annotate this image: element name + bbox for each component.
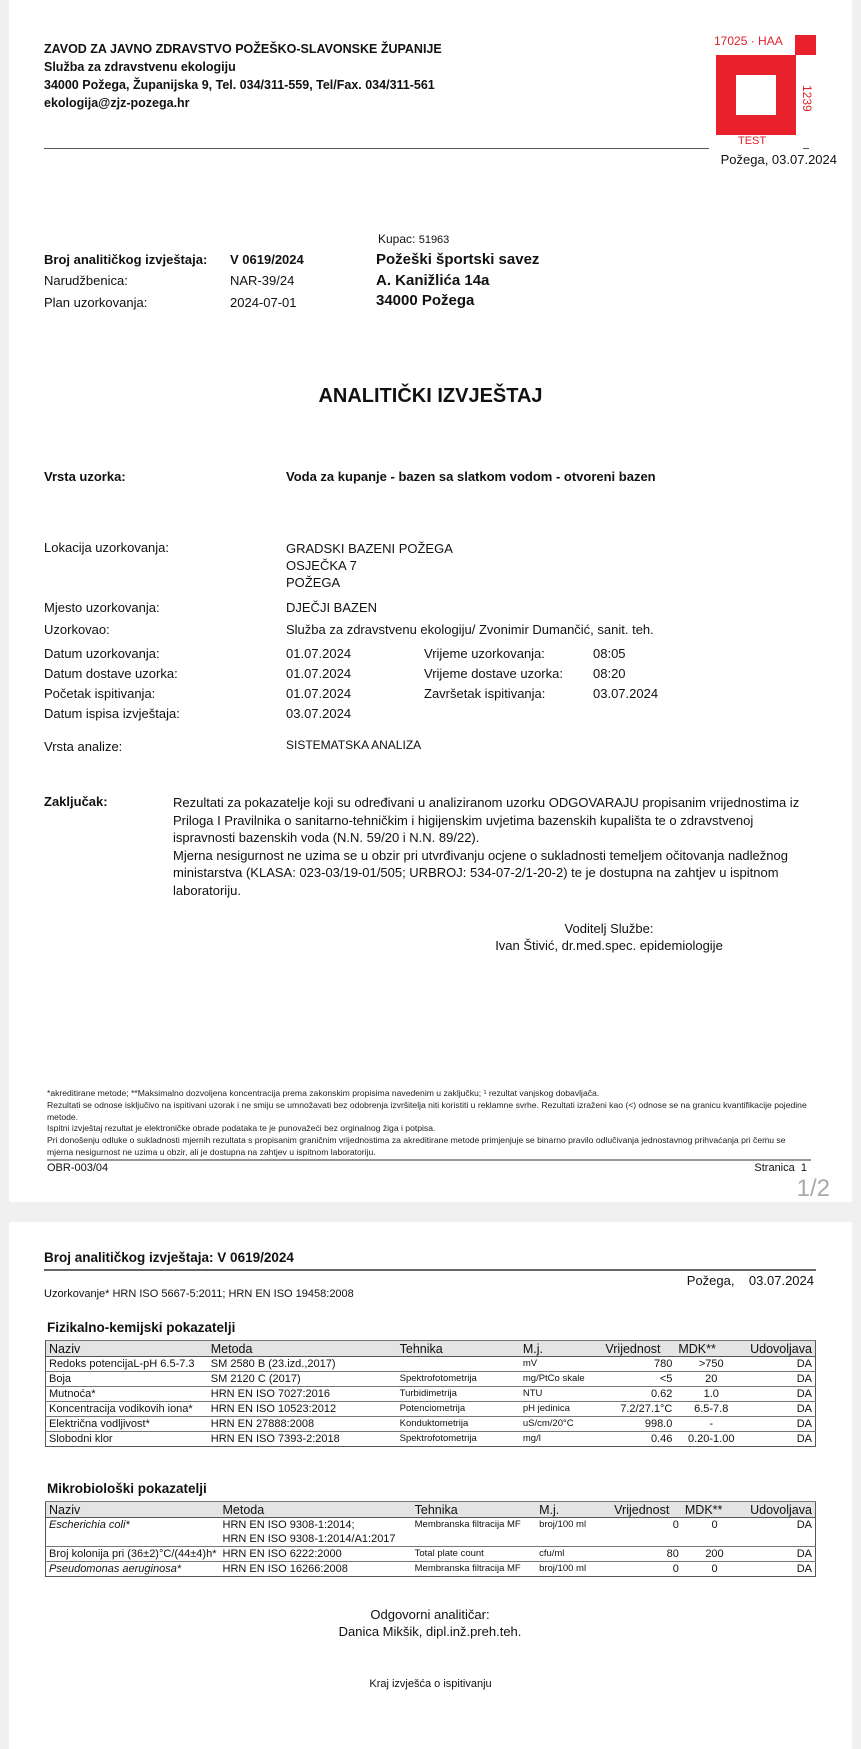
- cell-compliant: DA: [747, 1417, 815, 1432]
- cell-unit: pH jedinica: [520, 1402, 603, 1417]
- page2-place-date: Požega, 03.07.2024: [687, 1273, 814, 1288]
- conclusion-paragraph-2: Mjerna nesigurnost ne uzima se u obzir p…: [173, 847, 813, 900]
- cell-method: HRN EN ISO 6222:2000: [220, 1547, 412, 1562]
- report-page-2: Broj analitičkog izvještaja: V 0619/2024…: [9, 1222, 852, 1749]
- cell-method: HRN EN ISO 16266:2008: [220, 1562, 412, 1577]
- cell-mdk: 20: [675, 1372, 747, 1387]
- customer-city: 34000 Požega: [376, 292, 474, 309]
- table-row: Redoks potencijaL-pH 6.5-7.3SM 2580 B (2…: [46, 1357, 816, 1372]
- org-department: Služba za zdravstvenu ekologiju: [44, 58, 442, 76]
- cell-compliant: DA: [747, 1562, 815, 1577]
- table-row: Električna vodljivost*HRN EN 27888:2008K…: [46, 1417, 816, 1432]
- cell-method: HRN EN ISO 9308-1:2014;: [220, 1518, 412, 1533]
- cell-method: HRN EN ISO 7027:2016: [208, 1387, 397, 1402]
- place-date: Požega, 03.07.2024: [721, 152, 837, 167]
- cell-unit: mV: [520, 1357, 603, 1372]
- cell-mdk: 1.0: [675, 1387, 747, 1402]
- viewer-page-indicator: 1/2: [797, 1175, 830, 1203]
- test-end-date: 03.07.2024: [593, 686, 658, 701]
- customer-street: A. Kanižlića 14a: [376, 272, 489, 289]
- cell-value: 0.46: [602, 1432, 675, 1447]
- cell-method: HRN EN ISO 9308-1:2014/A1:2017: [220, 1532, 412, 1547]
- sampling-plan-label: Plan uzorkovanja:: [44, 295, 147, 310]
- footnote: Ispitni izvještaj rezultat je elektronič…: [47, 1123, 807, 1135]
- cell-compliant: DA: [747, 1357, 815, 1372]
- footnote: Pri donošenju odluke o sukladnosti mjern…: [47, 1135, 807, 1159]
- sampling-time: 08:05: [593, 646, 626, 661]
- analysis-type: SISTEMATSKA ANALIZA: [286, 738, 421, 752]
- cell-value: 0: [611, 1518, 682, 1533]
- delivery-time: 08:20: [593, 666, 626, 681]
- cell-mdk: 6.5-7.8: [675, 1402, 747, 1417]
- sampling-plan: 2024-07-01: [230, 295, 297, 310]
- cell-method: HRN EN 27888:2008: [208, 1417, 397, 1432]
- sampling-place-label: Mjesto uzorkovanja:: [44, 600, 160, 615]
- cell-compliant: DA: [747, 1518, 815, 1533]
- table-row: Pseudomonas aeruginosa*HRN EN ISO 16266:…: [46, 1562, 816, 1577]
- sample-type: Voda za kupanje - bazen sa slatkom vodom…: [286, 469, 656, 484]
- signature-block-head: Voditelj Službe: Ivan Štivić, dr.med.spe…: [469, 920, 749, 954]
- table-row: Escherichia coli*HRN EN ISO 9308-1:2014;…: [46, 1518, 816, 1533]
- conclusion-text: Rezultati za pokazatelje koji su određiv…: [173, 794, 813, 899]
- analyst-role: Odgovorni analitičar:: [290, 1606, 570, 1623]
- logo-corner-square: [795, 35, 816, 55]
- print-date-label: Datum ispisa izvještaja:: [44, 706, 180, 721]
- cell-technique: Spektrofotometrija: [397, 1372, 520, 1387]
- micro-results-table: NazivMetodaTehnikaM.j.VrijednostMDK**Udo…: [45, 1501, 816, 1577]
- cell-technique: Potenciometrija: [397, 1402, 520, 1417]
- cell-value: <5: [602, 1372, 675, 1387]
- page2-header-divider: [44, 1269, 816, 1271]
- accreditation-logo-icon: 17025 · HAA 1239 TEST: [701, 30, 821, 150]
- delivery-date: 01.07.2024: [286, 666, 351, 681]
- cell-method: SM 2120 C (2017): [208, 1372, 397, 1387]
- logo-frame: [716, 55, 796, 135]
- table-row: Slobodni klorHRN EN ISO 7393-2:2018Spekt…: [46, 1432, 816, 1447]
- table-header-row: NazivMetodaTehnikaM.j.VrijednostMDK**Udo…: [46, 1502, 816, 1518]
- cell-technique: [397, 1357, 520, 1372]
- location-line-3: POŽEGA: [286, 575, 340, 590]
- table-row: Boja SM 2120 C (2017)Spektrofotometrijam…: [46, 1372, 816, 1387]
- cell-technique: Total plate count: [412, 1547, 536, 1562]
- cell-name: Escherichia coli*: [46, 1518, 220, 1533]
- logo-number: 1239: [800, 85, 814, 112]
- analyst-signature: Odgovorni analitičar: Danica Mikšik, dip…: [290, 1606, 570, 1640]
- signature-name: Ivan Štivić, dr.med.spec. epidemiologije: [469, 937, 749, 954]
- cell-value: 998.0: [602, 1417, 675, 1432]
- org-name: ZAVOD ZA JAVNO ZDRAVSTVO POŽEŠKO-SLAVONS…: [44, 40, 442, 58]
- cell-unit: cfu/ml: [536, 1547, 611, 1562]
- cell-mdk: 0.20-1.00: [675, 1432, 747, 1447]
- test-start-label: Početak ispitivanja:: [44, 686, 155, 701]
- cell-mdk: 200: [682, 1547, 747, 1562]
- cell-unit: uS/cm/20°C: [520, 1417, 603, 1432]
- cell-technique: Konduktometrija: [397, 1417, 520, 1432]
- table-row-continuation: HRN EN ISO 9308-1:2014/A1:2017: [46, 1532, 816, 1547]
- page-number: Stranica 1: [754, 1162, 807, 1174]
- conclusion-paragraph-1: Rezultati za pokazatelje koji su određiv…: [173, 794, 813, 847]
- cell-name: Slobodni klor: [46, 1432, 208, 1447]
- cell-unit: mg/PtCo skale: [520, 1372, 603, 1387]
- footnotes: *akreditirane metode; **Maksimalno dozvo…: [47, 1088, 807, 1159]
- footnote: *akreditirane metode; **Maksimalno dozvo…: [47, 1088, 807, 1100]
- footnote: Rezultati se odnose isključivo na ispiti…: [47, 1100, 807, 1124]
- cell-compliant: DA: [747, 1547, 815, 1562]
- logo-label: TEST: [738, 135, 766, 147]
- delivery-date-label: Datum dostave uzorka:: [44, 666, 178, 681]
- sampler: Služba za zdravstvenu ekologiju/ Zvonimi…: [286, 622, 654, 637]
- cell-method: HRN EN ISO 10523:2012: [208, 1402, 397, 1417]
- micro-section-title: Mikrobiološki pokazatelji: [47, 1481, 207, 1496]
- cell-name: Koncentracija vodikovih iona*: [46, 1402, 208, 1417]
- cell-name: Pseudomonas aeruginosa*: [46, 1562, 220, 1577]
- cell-unit: broj/100 ml: [536, 1562, 611, 1577]
- test-end-label: Završetak ispitivanja:: [424, 686, 545, 701]
- cell-technique: Turbidimetrija: [397, 1387, 520, 1402]
- table-row: Koncentracija vodikovih iona*HRN EN ISO …: [46, 1402, 816, 1417]
- cell-compliant: DA: [747, 1432, 815, 1447]
- cell-name: Boja: [46, 1372, 208, 1387]
- table-header-row: NazivMetodaTehnikaM.j.VrijednostMDK**Udo…: [46, 1341, 816, 1357]
- location-line-1: GRADSKI BAZENI POŽEGA: [286, 541, 453, 556]
- cell-technique: Membranska filtracija MF: [412, 1518, 536, 1533]
- customer-id: Kupac: 51963: [378, 232, 449, 246]
- sampling-date-label: Datum uzorkovanja:: [44, 646, 160, 661]
- cell-name: Električna vodljivost*: [46, 1417, 208, 1432]
- cell-method: HRN EN ISO 7393-2:2018: [208, 1432, 397, 1447]
- cell-value: 80: [611, 1547, 682, 1562]
- analysis-type-label: Vrsta analize:: [44, 739, 122, 754]
- signature-role: Voditelj Službe:: [469, 920, 749, 937]
- organization-header: ZAVOD ZA JAVNO ZDRAVSTVO POŽEŠKO-SLAVONS…: [44, 40, 442, 112]
- cell-value: 780: [602, 1357, 675, 1372]
- cell-compliant: DA: [747, 1402, 815, 1417]
- order-label: Narudžbenica:: [44, 273, 128, 288]
- document-title: ANALITIČKI IZVJEŠTAJ: [9, 385, 852, 408]
- test-start-date: 01.07.2024: [286, 686, 351, 701]
- org-email: ekologija@zjz-pozega.hr: [44, 94, 442, 112]
- cell-compliant: DA: [747, 1387, 815, 1402]
- cell-unit: NTU: [520, 1387, 603, 1402]
- sampler-label: Uzorkovao:: [44, 622, 110, 637]
- cell-unit: mg/l: [520, 1432, 603, 1447]
- location-line-2: OSJEČKA 7: [286, 558, 357, 573]
- form-code: OBR-003/04: [47, 1162, 108, 1174]
- cell-value: 0: [611, 1562, 682, 1577]
- cell-mdk: -: [675, 1417, 747, 1432]
- end-of-report: Kraj izvješća o ispitivanju: [9, 1678, 852, 1690]
- cell-mdk: 0: [682, 1518, 747, 1533]
- header-divider-end: [803, 148, 809, 149]
- table-row: Mutnoća*HRN EN ISO 7027:2016Turbidimetri…: [46, 1387, 816, 1402]
- cell-method: SM 2580 B (23.izd.,2017): [208, 1357, 397, 1372]
- sampling-place: DJEČJI BAZEN: [286, 600, 377, 615]
- cell-value: 0.62: [602, 1387, 675, 1402]
- sampling-standards: Uzorkovanje* HRN ISO 5667-5:2011; HRN EN…: [44, 1288, 354, 1300]
- cell-mdk: >750: [675, 1357, 747, 1372]
- sampling-date: 01.07.2024: [286, 646, 351, 661]
- cell-technique: Membranska filtracija MF: [412, 1562, 536, 1577]
- order-number: NAR-39/24: [230, 273, 294, 288]
- analyst-name: Danica Mikšik, dipl.inž.preh.teh.: [290, 1623, 570, 1640]
- physchem-results-table: NazivMetodaTehnikaM.j.VrijednostMDK**Udo…: [45, 1340, 816, 1447]
- sampling-time-label: Vrijeme uzorkovanja:: [424, 646, 545, 661]
- cell-name: Broj kolonija pri (36±2)°C/(44±4)h*: [46, 1547, 220, 1562]
- conclusion-label: Zaključak:: [44, 794, 108, 809]
- location-label: Lokacija uzorkovanja:: [44, 540, 169, 555]
- cell-name: Mutnoća*: [46, 1387, 208, 1402]
- cell-compliant: DA: [747, 1372, 815, 1387]
- footer-divider: [47, 1159, 811, 1161]
- report-page-1: ZAVOD ZA JAVNO ZDRAVSTVO POŽEŠKO-SLAVONS…: [9, 0, 852, 1202]
- org-address: 34000 Požega, Županijska 9, Tel. 034/311…: [44, 76, 442, 94]
- cell-name: Redoks potencijaL-pH 6.5-7.3: [46, 1357, 208, 1372]
- customer-name: Požeški športski savez: [376, 251, 539, 268]
- physchem-section-title: Fizikalno-kemijski pokazatelji: [47, 1320, 235, 1335]
- cell-unit: broj/100 ml: [536, 1518, 611, 1533]
- cell-mdk: 0: [682, 1562, 747, 1577]
- logo-code: 17025 · HAA: [714, 34, 783, 48]
- table-row: Broj kolonija pri (36±2)°C/(44±4)h*HRN E…: [46, 1547, 816, 1562]
- cell-technique: Spektrofotometrija: [397, 1432, 520, 1447]
- page2-report-number: Broj analitičkog izvještaja: V 0619/2024: [44, 1250, 294, 1265]
- report-number-label: Broj analitičkog izvještaja:: [44, 252, 207, 267]
- sample-type-label: Vrsta uzorka:: [44, 469, 126, 484]
- report-number: V 0619/2024: [230, 252, 304, 267]
- print-date: 03.07.2024: [286, 706, 351, 721]
- header-divider: [44, 148, 709, 149]
- delivery-time-label: Vrijeme dostave uzorka:: [424, 666, 563, 681]
- cell-value: 7.2/27.1°C: [602, 1402, 675, 1417]
